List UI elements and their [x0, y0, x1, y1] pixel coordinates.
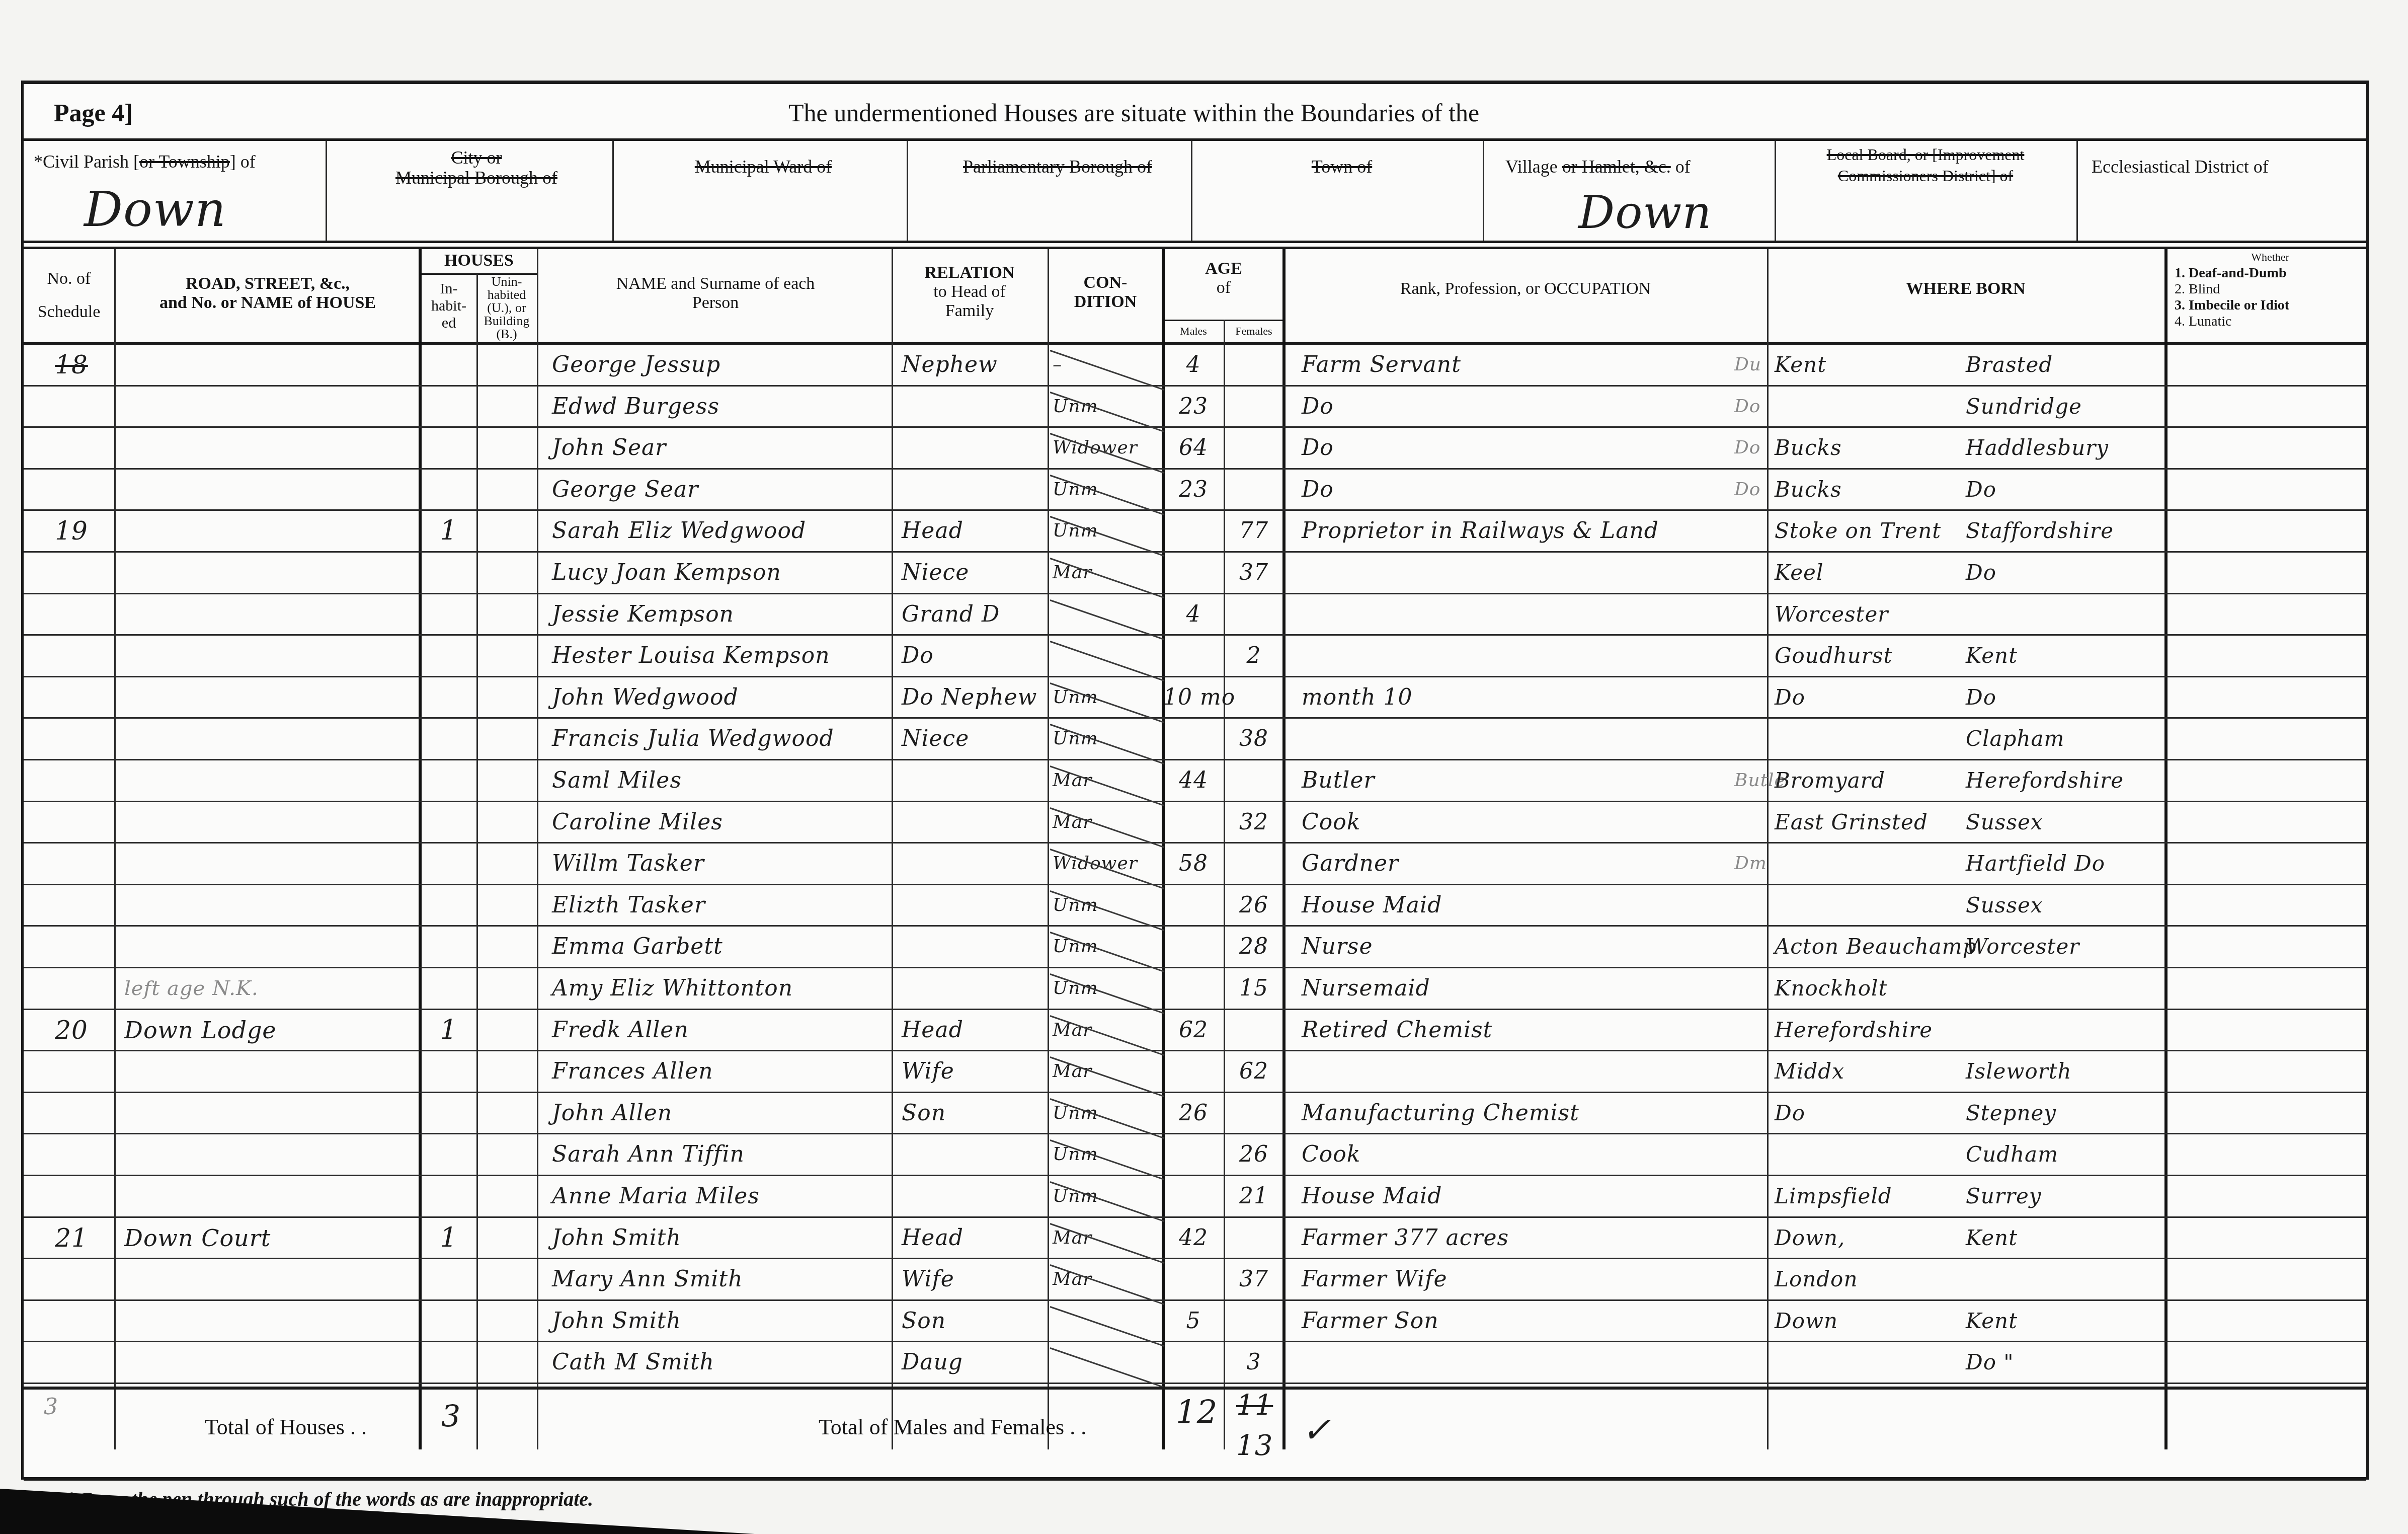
divider — [1483, 141, 1484, 242]
cell-born-county: East Grinsted — [1775, 802, 1966, 842]
col-uninhabited-line1: Unin- — [476, 275, 537, 288]
cell-male — [1163, 719, 1224, 759]
cell-schedule — [34, 428, 109, 468]
cell-schedule: 21 — [34, 1218, 109, 1258]
cell-relation — [902, 843, 1048, 884]
col-uninhabited-line2: habited — [476, 288, 537, 301]
col-whether-opt1: 1. Deaf-and-Dumb — [2175, 265, 2366, 281]
cell-occupation: month 10 — [1302, 677, 1694, 718]
cell-born-place: Do " — [1966, 1342, 2167, 1383]
boundary-parliamentary-label: Parliamentary Borough of — [907, 156, 1209, 177]
cell-road — [124, 1259, 416, 1299]
cell-relation — [902, 885, 1048, 926]
cell-condition: Unm — [1053, 968, 1161, 1009]
cell-occ-mark — [1734, 927, 1770, 967]
cell-road — [124, 1342, 416, 1383]
cell-schedule — [34, 885, 109, 926]
cell-road — [124, 387, 416, 427]
cell-occ-mark — [1734, 1093, 1770, 1133]
cell-name: John Allen — [552, 1093, 894, 1133]
cell-condition: Mar — [1053, 802, 1161, 842]
col-schedule-line2: Schedule — [24, 302, 114, 322]
cell-male: 10 mo — [1163, 677, 1224, 718]
cell-condition: Mar — [1053, 1010, 1161, 1050]
cell-born-county: Stoke on Trent — [1775, 511, 1966, 551]
cell-occ-mark — [1734, 511, 1770, 551]
col-whether-title: Whether — [2175, 249, 2366, 265]
cell-male — [1163, 1134, 1224, 1175]
cell-condition: Unm — [1053, 470, 1161, 510]
cell-relation — [902, 968, 1048, 1009]
cell-born-county: Bucks — [1775, 428, 1966, 468]
cell-inhabited — [421, 1342, 476, 1383]
cell-male: 23 — [1163, 470, 1224, 510]
col-inhabited-header: In- habit- ed — [421, 280, 476, 332]
cell-schedule — [34, 802, 109, 842]
cell-male: 64 — [1163, 428, 1224, 468]
cell-born-county — [1775, 1134, 1966, 1175]
cell-born-county: Down, — [1775, 1218, 1966, 1258]
cell-born-place: Kent — [1966, 1301, 2167, 1341]
cell-occupation — [1302, 719, 1694, 759]
cell-male: 26 — [1163, 1093, 1224, 1133]
cell-female — [1224, 677, 1284, 718]
cell-relation — [902, 387, 1048, 427]
table-row: Cath M SmithDaug3Do " — [24, 1342, 2366, 1384]
cell-inhabited — [421, 553, 476, 593]
cell-female — [1224, 387, 1284, 427]
boundary-civil-parish-label: *Civil Parish [or Township] of — [34, 151, 256, 172]
cell-relation: Wife — [902, 1051, 1048, 1092]
table-row: Willm TaskerWidower58GardnerDmHartfield … — [24, 843, 2366, 885]
cell-born-place: Isleworth — [1966, 1051, 2167, 1092]
cell-male: 42 — [1163, 1218, 1224, 1258]
cell-name: Francis Julia Wedgwood — [552, 719, 894, 759]
col-where-born-header: WHERE BORN — [1767, 279, 2164, 298]
cell-relation: Daug — [902, 1342, 1048, 1383]
col-condition-line2: DITION — [1048, 292, 1163, 312]
col-uninhabited-line4: Building — [476, 315, 537, 328]
cell-name: Sarah Ann Tiffin — [552, 1134, 894, 1175]
cell-schedule — [34, 1342, 109, 1383]
cell-occ-mark — [1734, 1218, 1770, 1258]
cell-occupation: Farm Servant — [1302, 345, 1694, 385]
cell-born-place: Do — [1966, 677, 2167, 718]
cell-male — [1163, 802, 1224, 842]
table-row: John WedgwoodDo NephewUnm10 momonth 10Do… — [24, 677, 2366, 719]
cell-name: Jessie Kempson — [552, 594, 894, 635]
cell-inhabited — [421, 594, 476, 635]
cell-inhabited — [421, 1301, 476, 1341]
cell-occupation: Cook — [1302, 802, 1694, 842]
cell-condition — [1053, 1301, 1161, 1341]
cell-inhabited — [421, 1134, 476, 1175]
cell-occ-mark — [1734, 968, 1770, 1009]
cell-born-county — [1775, 885, 1966, 926]
cell-schedule — [34, 843, 109, 884]
cell-condition — [1053, 1342, 1161, 1383]
cell-condition: Mar — [1053, 553, 1161, 593]
cell-name: George Jessup — [552, 345, 894, 385]
cell-occupation: Cook — [1302, 1134, 1694, 1175]
cell-name: Anne Maria Miles — [552, 1176, 894, 1216]
col-road-header: ROAD, STREET, &c., and No. or NAME of HO… — [117, 274, 419, 313]
cell-schedule — [34, 760, 109, 801]
cell-relation — [902, 428, 1048, 468]
cell-inhabited — [421, 636, 476, 676]
cell-relation: Do Nephew — [902, 677, 1048, 718]
cell-road — [124, 802, 416, 842]
cell-inhabited — [421, 470, 476, 510]
cell-female — [1224, 1218, 1284, 1258]
cell-female — [1224, 428, 1284, 468]
body-bottom-rule — [24, 1387, 2366, 1390]
table-row: Lucy Joan KempsonNieceMar37KeelDo — [24, 553, 2366, 594]
cell-male: 62 — [1163, 1010, 1224, 1050]
cell-male — [1163, 553, 1224, 593]
cell-relation: Grand D — [902, 594, 1048, 635]
col-road-line2: and No. or NAME of HOUSE — [117, 293, 419, 313]
cell-relation — [902, 1176, 1048, 1216]
cell-female: 62 — [1224, 1051, 1284, 1092]
cell-condition: Unm — [1053, 677, 1161, 718]
cell-occupation: Do — [1302, 428, 1694, 468]
cell-female: 28 — [1224, 927, 1284, 967]
cell-name: Amy Eliz Whittonton — [552, 968, 894, 1009]
cell-relation: Do — [902, 636, 1048, 676]
cell-born-county: Bromyard — [1775, 760, 1966, 801]
table-row: Elizth TaskerUnm26House MaidSussex — [24, 885, 2366, 927]
cell-female — [1224, 1301, 1284, 1341]
cell-born-place — [1966, 1010, 2167, 1050]
cell-born-place: Stepney — [1966, 1093, 2167, 1133]
cell-condition: Unm — [1053, 719, 1161, 759]
cell-born-county: Middx — [1775, 1051, 1966, 1092]
cell-male: 58 — [1163, 843, 1224, 884]
cell-occ-mark — [1734, 636, 1770, 676]
divider — [2076, 141, 2078, 242]
cell-schedule — [34, 1051, 109, 1092]
totals-schedule-count: 3 — [44, 1394, 58, 1420]
cell-female — [1224, 760, 1284, 801]
cell-road: Down Court — [124, 1218, 416, 1258]
cell-occupation: Retired Chemist — [1302, 1010, 1694, 1050]
cell-born-place: Staffordshire — [1966, 511, 2167, 551]
table-row: Sarah Ann TiffinUnm26CookCudham — [24, 1134, 2366, 1176]
cell-inhabited — [421, 1259, 476, 1299]
col-occupation-header: Rank, Profession, or OCCUPATION — [1284, 279, 1767, 298]
cell-occ-mark — [1734, 1134, 1770, 1175]
cell-male — [1163, 927, 1224, 967]
civil-parish-label: *Civil Parish [ — [34, 151, 139, 172]
cell-occupation: Nurse — [1302, 927, 1694, 967]
col-name-line2: Person — [539, 293, 892, 313]
cell-born-county: Keel — [1775, 553, 1966, 593]
cell-schedule — [34, 470, 109, 510]
cell-occ-mark: Butle — [1734, 760, 1770, 801]
cell-schedule — [34, 553, 109, 593]
cell-condition: Widower — [1053, 428, 1161, 468]
cell-condition — [1053, 594, 1161, 635]
table-row: John AllenSonUnm26Manufacturing ChemistD… — [24, 1093, 2366, 1135]
cell-occ-mark — [1734, 802, 1770, 842]
cell-relation — [902, 470, 1048, 510]
cell-inhabited — [421, 719, 476, 759]
cell-schedule — [34, 1134, 109, 1175]
totals-persons-label: Total of Males and Females . . — [819, 1414, 1086, 1440]
cell-born-county: Do — [1775, 1093, 1966, 1133]
boundary-ward-label: Municipal Ward of — [612, 156, 914, 177]
cell-schedule: 18 — [34, 345, 109, 385]
col-uninhabited-line3: (U.), or — [476, 301, 537, 315]
cell-road — [124, 594, 416, 635]
cell-occupation — [1302, 1051, 1694, 1092]
cell-born-county: Acton Beauchamp — [1775, 927, 1966, 967]
civil-parish-suffix: ] of — [230, 151, 256, 172]
cell-occ-mark: Do — [1734, 387, 1770, 427]
boundaries-row: *Civil Parish [or Township] of Down City… — [24, 141, 2366, 242]
cell-relation: Son — [902, 1301, 1048, 1341]
census-rows: 18George JessupNephew–4Farm ServantDuKen… — [24, 345, 2366, 1384]
cell-born-county: Limpsfield — [1775, 1176, 1966, 1216]
village-label: Village — [1505, 157, 1562, 177]
cell-relation — [902, 760, 1048, 801]
cell-name: Lucy Joan Kempson — [552, 553, 894, 593]
col-uninhabited-header: Unin- habited (U.), or Building (B.) — [476, 275, 537, 341]
boundary-ecclesiastical-label: Ecclesiastical District of — [2092, 156, 2269, 177]
cell-name: Saml Miles — [552, 760, 894, 801]
cell-name: John Wedgwood — [552, 677, 894, 718]
cell-road — [124, 553, 416, 593]
cell-inhabited — [421, 1093, 476, 1133]
cell-relation: Niece — [902, 553, 1048, 593]
col-whether-opt3: 3. Imbecile or Idiot — [2175, 297, 2366, 314]
cell-name: Mary Ann Smith — [552, 1259, 894, 1299]
cell-name: Emma Garbett — [552, 927, 894, 967]
cell-condition: Unm — [1053, 885, 1161, 926]
cell-road — [124, 1301, 416, 1341]
cell-born-place: Worcester — [1966, 927, 2167, 967]
cell-male: 23 — [1163, 387, 1224, 427]
col-whether-opt4: 4. Lunatic — [2175, 314, 2366, 330]
cell-born-county: Knockholt — [1775, 968, 1966, 1009]
cell-born-place — [1966, 968, 2167, 1009]
cell-male: 5 — [1163, 1301, 1224, 1341]
cell-occ-mark — [1734, 594, 1770, 635]
cell-female — [1224, 1093, 1284, 1133]
cell-male — [1163, 885, 1224, 926]
cell-occ-mark — [1734, 1051, 1770, 1092]
col-name-header: NAME and Surname of each Person — [539, 274, 892, 313]
cell-born-county — [1775, 843, 1966, 884]
cell-occ-mark — [1734, 1301, 1770, 1341]
cell-inhabited: 1 — [421, 511, 476, 551]
col-condition-line1: CON- — [1048, 273, 1163, 292]
cell-inhabited: 1 — [421, 1218, 476, 1258]
cell-occupation: Farmer Wife — [1302, 1259, 1694, 1299]
boundary-city-line1: City or — [326, 147, 627, 168]
cell-condition: Unm — [1053, 387, 1161, 427]
table-row: Edwd BurgessUnm23DoDoSundridge — [24, 387, 2366, 428]
cell-female: 3 — [1224, 1342, 1284, 1383]
cell-relation: Head — [902, 511, 1048, 551]
cell-occupation: House Maid — [1302, 885, 1694, 926]
boundary-local-board-line1: Local Board, or [Improvement — [1775, 144, 2076, 165]
civil-parish-struck: or Township — [139, 151, 230, 172]
cell-occupation: Butler — [1302, 760, 1694, 801]
col-schedule-line1: No. of — [24, 269, 114, 288]
boundary-village-label: Village or Hamlet, &c. of — [1505, 156, 1691, 177]
cell-condition: Mar — [1053, 1218, 1161, 1258]
cell-name: John Sear — [552, 428, 894, 468]
cell-name: Elizth Tasker — [552, 885, 894, 926]
table-row: Saml MilesMar44ButlerButleBromyardHerefo… — [24, 760, 2366, 802]
cell-born-county — [1775, 719, 1966, 759]
cell-born-county — [1775, 387, 1966, 427]
col-age-line2: of — [1163, 278, 1284, 297]
cell-born-county: Kent — [1775, 345, 1966, 385]
cell-male: 4 — [1163, 594, 1224, 635]
cell-occupation: Do — [1302, 387, 1694, 427]
totals-females: 13 — [1236, 1429, 1273, 1462]
cell-occ-mark — [1734, 553, 1770, 593]
cell-female: 37 — [1224, 553, 1284, 593]
col-condition-header: CON- DITION — [1048, 273, 1163, 312]
top-border — [24, 81, 2366, 84]
cell-schedule — [34, 927, 109, 967]
table-row: Jessie KempsonGrand D4Worcester — [24, 594, 2366, 636]
cell-male — [1163, 636, 1224, 676]
census-sheet: Page 4] The undermentioned Houses are si… — [21, 81, 2369, 1480]
cell-male — [1163, 511, 1224, 551]
cell-born-place: Herefordshire — [1966, 760, 2167, 801]
cell-inhabited — [421, 843, 476, 884]
table-row: 20Down Lodge1Fredk AllenHeadMar62Retired… — [24, 1010, 2366, 1052]
cell-inhabited — [421, 927, 476, 967]
boundary-local-board-line2: Commissioners District] of — [1775, 165, 2076, 186]
cell-female: 77 — [1224, 511, 1284, 551]
cell-occ-mark: Du — [1734, 345, 1770, 385]
cell-born-county: Goudhurst — [1775, 636, 1966, 676]
table-row: Hester Louisa KempsonDo2GoudhurstKent — [24, 636, 2366, 677]
cell-inhabited — [421, 1176, 476, 1216]
cell-occupation: House Maid — [1302, 1176, 1694, 1216]
cell-born-place: Sussex — [1966, 802, 2167, 842]
cell-name: Frances Allen — [552, 1051, 894, 1092]
cell-road — [124, 470, 416, 510]
cell-road — [124, 1051, 416, 1092]
cell-male — [1163, 968, 1224, 1009]
totals-males: 12 — [1176, 1394, 1218, 1431]
cell-female — [1224, 843, 1284, 884]
cell-inhabited — [421, 428, 476, 468]
cell-relation — [902, 1134, 1048, 1175]
village-value: Down — [1578, 186, 1712, 239]
cell-condition: Mar — [1053, 1051, 1161, 1092]
table-row: Amy Eliz WhittontonUnm15NursemaidKnockho… — [24, 968, 2366, 1010]
cell-schedule — [34, 1301, 109, 1341]
cell-road — [124, 1093, 416, 1133]
col-uninhabited-line5: (B.) — [476, 328, 537, 341]
cell-road — [124, 428, 416, 468]
cell-condition: Unm — [1053, 1134, 1161, 1175]
cell-schedule — [34, 1176, 109, 1216]
cell-occ-mark — [1734, 1010, 1770, 1050]
cell-occ-mark — [1734, 1342, 1770, 1383]
cell-occ-mark: Do — [1734, 470, 1770, 510]
cell-occupation — [1302, 636, 1694, 676]
totals-check-mark: ✓ — [1302, 1409, 1332, 1450]
cell-female: 37 — [1224, 1259, 1284, 1299]
cell-occupation — [1302, 594, 1694, 635]
totals-houses-label: Total of Houses . . — [205, 1414, 367, 1440]
cell-occupation: Proprietor in Railways & Land — [1302, 511, 1694, 551]
cell-road — [124, 345, 416, 385]
cell-born-place: Brasted — [1966, 345, 2167, 385]
cell-schedule — [34, 719, 109, 759]
cell-condition: Unm — [1053, 1176, 1161, 1216]
cell-male — [1163, 1176, 1224, 1216]
cell-born-place: Sussex — [1966, 885, 2167, 926]
cell-occ-mark — [1734, 1259, 1770, 1299]
table-row: Caroline MilesMar32CookEast GrinstedSuss… — [24, 802, 2366, 844]
cell-female: 26 — [1224, 885, 1284, 926]
cell-occ-mark — [1734, 885, 1770, 926]
cell-occupation — [1302, 553, 1694, 593]
table-row: 21Down Court1John SmithHeadMar42Farmer 3… — [24, 1218, 2366, 1260]
cell-road — [124, 677, 416, 718]
cell-condition: Unm — [1053, 927, 1161, 967]
cell-inhabited — [421, 387, 476, 427]
cell-relation: Niece — [902, 719, 1048, 759]
cell-inhabited — [421, 677, 476, 718]
cell-occ-mark: Do — [1734, 428, 1770, 468]
cell-born-place: Kent — [1966, 636, 2167, 676]
civil-parish-value: Down — [84, 181, 226, 238]
cell-schedule — [34, 1259, 109, 1299]
cell-occupation — [1302, 1342, 1694, 1383]
cell-inhabited — [421, 802, 476, 842]
cell-condition: Mar — [1053, 1259, 1161, 1299]
cell-female: 15 — [1224, 968, 1284, 1009]
col-males-header: Males — [1163, 325, 1224, 338]
cell-male — [1163, 1259, 1224, 1299]
cell-road — [124, 927, 416, 967]
totals-houses-value: 3 — [441, 1399, 461, 1434]
cell-female — [1224, 594, 1284, 635]
cell-condition: Widower — [1053, 843, 1161, 884]
cell-name: Fredk Allen — [552, 1010, 894, 1050]
table-row: Anne Maria MilesUnm21House MaidLimpsfiel… — [24, 1176, 2366, 1218]
col-inhabited-line2: habit- — [421, 297, 476, 315]
cell-name: Willm Tasker — [552, 843, 894, 884]
cell-occupation: Farmer 377 acres — [1302, 1218, 1694, 1258]
cell-female: 21 — [1224, 1176, 1284, 1216]
cell-relation: Son — [902, 1093, 1048, 1133]
cell-born-place: Surrey — [1966, 1176, 2167, 1216]
cell-female — [1224, 470, 1284, 510]
cell-relation — [902, 927, 1048, 967]
cell-schedule — [34, 636, 109, 676]
cell-road-pencil-note: left age N.K. — [124, 968, 259, 1009]
cell-road: Down Lodge — [124, 1010, 416, 1050]
table-row: 191Sarah Eliz WedgwoodHeadUnm77Proprieto… — [24, 511, 2366, 553]
table-row: Mary Ann SmithWifeMar37Farmer WifeLondon — [24, 1259, 2366, 1301]
col-relation-line3: Family — [892, 301, 1048, 321]
cell-male: 4 — [1163, 345, 1224, 385]
cell-condition — [1053, 636, 1161, 676]
page-label: Page 4] — [54, 98, 133, 127]
